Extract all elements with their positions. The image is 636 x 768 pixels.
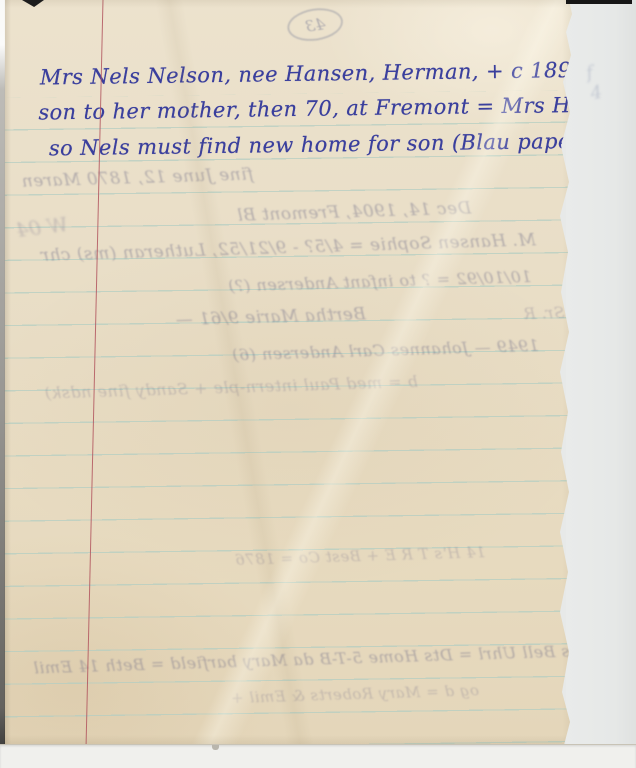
page-number-stamp: 43 xyxy=(285,5,345,45)
handwritten-line-1: Mrs Nels Nelson, nee Hansen, Herman, + c… xyxy=(40,57,636,90)
bleed-line: Sr. R xyxy=(523,303,565,323)
scanned-notebook-page: 43 fine June 12, 1870 Maren Dec 14, 1904… xyxy=(0,0,636,768)
paper-edge-speck xyxy=(212,745,219,750)
stamp-number: 43 xyxy=(304,14,327,36)
scan-artifact-top-right xyxy=(566,0,632,4)
scanner-background-bottom xyxy=(0,744,636,768)
scan-left-edge xyxy=(0,0,5,745)
paper-sheet: 43 fine June 12, 1870 Maren Dec 14, 1904… xyxy=(4,0,578,745)
